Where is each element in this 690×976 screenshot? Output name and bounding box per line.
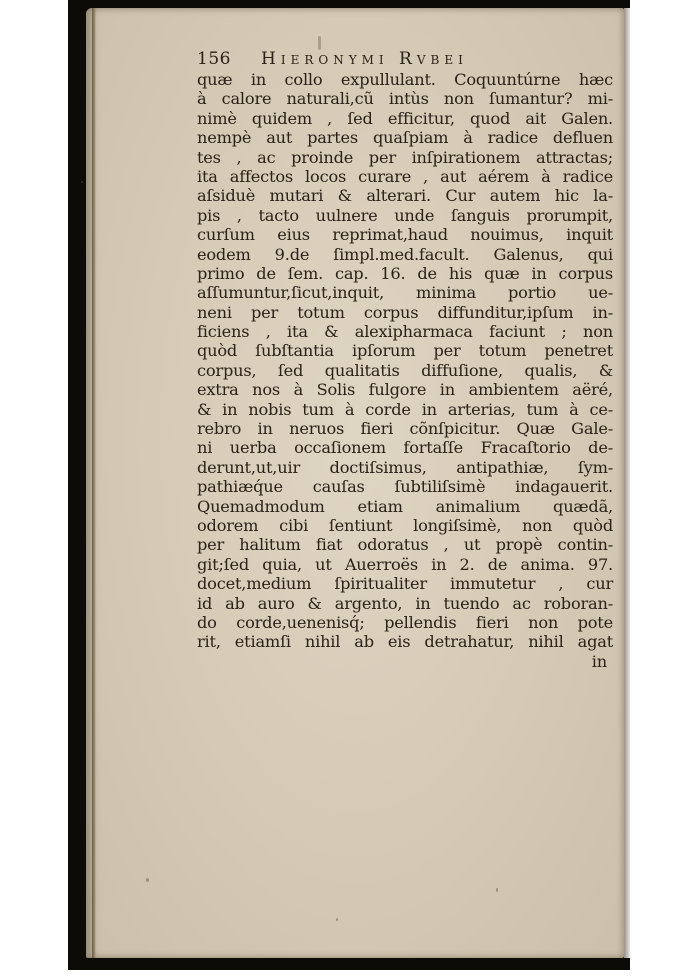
text-line: git;ſed quia, ut Auerroës in 2. de anima… bbox=[197, 555, 613, 574]
page-edge bbox=[624, 8, 630, 958]
text-line: odorem cibi ſentiunt longiſsimè, non quò… bbox=[197, 516, 613, 535]
text-line: do corde,uenenisq́; pellendis fieri non … bbox=[197, 613, 613, 632]
text-line: per halitum fiat odoratus , ut propè con… bbox=[197, 535, 613, 554]
text-line: & in nobis tum à corde in arterias, tum … bbox=[197, 400, 613, 419]
text-line: aſsiduè mutari & alterari. Cur autem hic… bbox=[197, 186, 613, 205]
text-line: ita affectos locos curare , aut aérem à … bbox=[197, 167, 613, 186]
text-line: pis , tacto uulnere unde ſanguis prorump… bbox=[197, 206, 613, 225]
text-line: Quemadmodum etiam animalium quædã, bbox=[197, 497, 613, 516]
text-line: extra nos à Solis fulgore in ambientem a… bbox=[197, 380, 613, 399]
text-line: ni uerba occaſionem fortaſſe Fracaſtorio… bbox=[197, 438, 613, 457]
text-line: quòd ſubſtantia ipſorum per totum penetr… bbox=[197, 341, 613, 360]
text-line: derunt,ut,uir doctiſsimus, antipathiæ, ſ… bbox=[197, 458, 613, 477]
running-head: 156 Hieronymi Rvbei bbox=[197, 48, 613, 70]
running-head-title: Hieronymi Rvbei bbox=[261, 48, 468, 70]
text-line: à calore naturali,cũ intùs non ſumantur?… bbox=[197, 89, 613, 108]
text-line: aſſumuntur,ſicut,inquit, minima portio u… bbox=[197, 283, 613, 302]
catchword: in bbox=[197, 652, 613, 671]
margin-mark: . bbox=[80, 171, 84, 187]
book-page: 156 Hieronymi Rvbei quæ in collo expullu… bbox=[86, 8, 624, 958]
scanned-page-frame: 156 Hieronymi Rvbei quæ in collo expullu… bbox=[68, 0, 630, 970]
text-line: docet,medium ſpiritualiter immutetur , c… bbox=[197, 574, 613, 593]
text-line: eodem 9.de ſimpl.med.facult. Galenus, qu… bbox=[197, 245, 613, 264]
text-line: primo de ſem. cap. 16. de his quæ in cor… bbox=[197, 264, 613, 283]
page-text-block: 156 Hieronymi Rvbei quæ in collo expullu… bbox=[197, 48, 613, 671]
text-line: pathiæq́ue cauſas ſubtiliſsimè indagauer… bbox=[197, 477, 613, 496]
text-line: rit, etiamſi nihil ab eis detrahatur, ni… bbox=[197, 632, 613, 651]
text-line: id ab auro & argento, in tuendo ac robor… bbox=[197, 594, 613, 613]
text-line: neni per totum corpus diffunditur,ipſum … bbox=[197, 303, 613, 322]
binding-gutter bbox=[92, 8, 96, 958]
text-line: rebro in neruos fieri cõnſpicitur. Quæ G… bbox=[197, 419, 613, 438]
text-line: curſum eius reprimat,haud nouimus, inqui… bbox=[197, 225, 613, 244]
paper-blemish bbox=[146, 878, 149, 882]
text-line: corpus, ſed qualitatis diffuſione, quali… bbox=[197, 361, 613, 380]
text-line: nimè quidem , ſed efficitur, quod ait Ga… bbox=[197, 109, 613, 128]
text-line: quæ in collo expullulant. Coquuntúrne hæ… bbox=[197, 70, 613, 89]
paper-blemish bbox=[496, 888, 498, 892]
text-line: tes , ac proinde per inſpirationem attra… bbox=[197, 148, 613, 167]
text-line: nempè aut partes quaſpiam à radice deflu… bbox=[197, 128, 613, 147]
text-line: ficiens , ita & alexipharmaca faciunt ; … bbox=[197, 322, 613, 341]
paper-blemish bbox=[336, 918, 338, 921]
page-number: 156 bbox=[197, 48, 231, 70]
